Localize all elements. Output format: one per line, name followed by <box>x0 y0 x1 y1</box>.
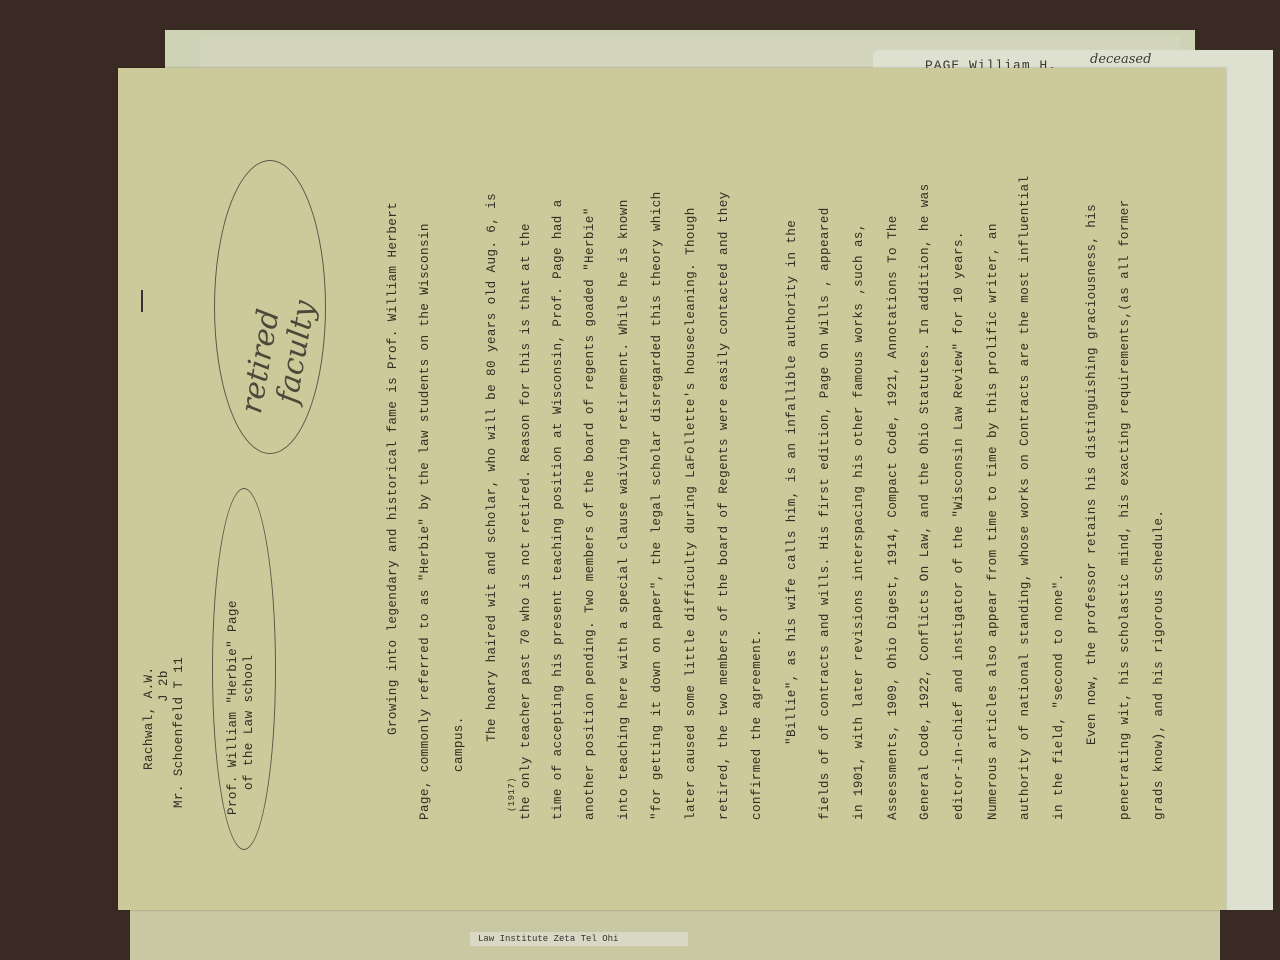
body-line: "for getting it down on paper", the lega… <box>650 191 664 820</box>
body-line: The hoary haired wit and scholar, who wi… <box>485 193 499 742</box>
body-line: penetrating wit, his scholastic mind, hi… <box>1118 199 1132 820</box>
margin-note: (1917) <box>507 777 517 812</box>
body-line: authority of national standing, whose wo… <box>1018 175 1032 820</box>
body-line: Growing into legendary and historical fa… <box>386 202 400 735</box>
body-line: another position pending. Two members of… <box>583 207 597 820</box>
index-card-note: deceased <box>1090 52 1151 67</box>
body-line: campus. <box>452 716 466 772</box>
body-line: confirmed the agreement. <box>750 629 764 820</box>
course-line: J 2b <box>157 670 171 702</box>
body-line: "Billie", as his wife calls him, is an i… <box>785 220 799 745</box>
body-line: Numerous articles also appear from time … <box>986 223 1000 820</box>
body-line: the only teacher past 70 who is not reti… <box>519 223 533 820</box>
folder-label-strip: Law Institute Zeta Tel Ohi <box>470 932 688 946</box>
body-line: Page, commonly referred to as "Herbie" b… <box>418 223 432 820</box>
body-line: fields of of contracts and wills. His fi… <box>818 207 832 820</box>
staple-mark <box>141 290 143 312</box>
body-line: in 1901, with later revisions interspaci… <box>852 223 866 820</box>
body-line: General Code, 1922, Conflicts On Law, an… <box>918 183 932 820</box>
body-line: retired, the two members of the board of… <box>717 191 731 820</box>
body-line: later caused some little difficulty duri… <box>684 207 698 820</box>
body-line: time of accepting his present teaching p… <box>551 199 565 820</box>
instructor-line: Mr. Schoenfeld T 11 <box>172 657 186 808</box>
body-line: Even now, the professor retains his dist… <box>1085 204 1099 745</box>
body-line: grads know), and his rigorous schedule. <box>1152 510 1166 820</box>
body-line: editor-in-chief and instigator of the "W… <box>952 231 966 820</box>
body-line: in the field, "second to none". <box>1052 573 1066 820</box>
body-line: into teaching here with a special clause… <box>617 199 631 820</box>
body-line: Assessments, 1909, Ohio Digest, 1914, Co… <box>886 215 900 820</box>
author-line: Rachwal, A.W. <box>142 667 156 770</box>
title-circle <box>212 488 276 850</box>
